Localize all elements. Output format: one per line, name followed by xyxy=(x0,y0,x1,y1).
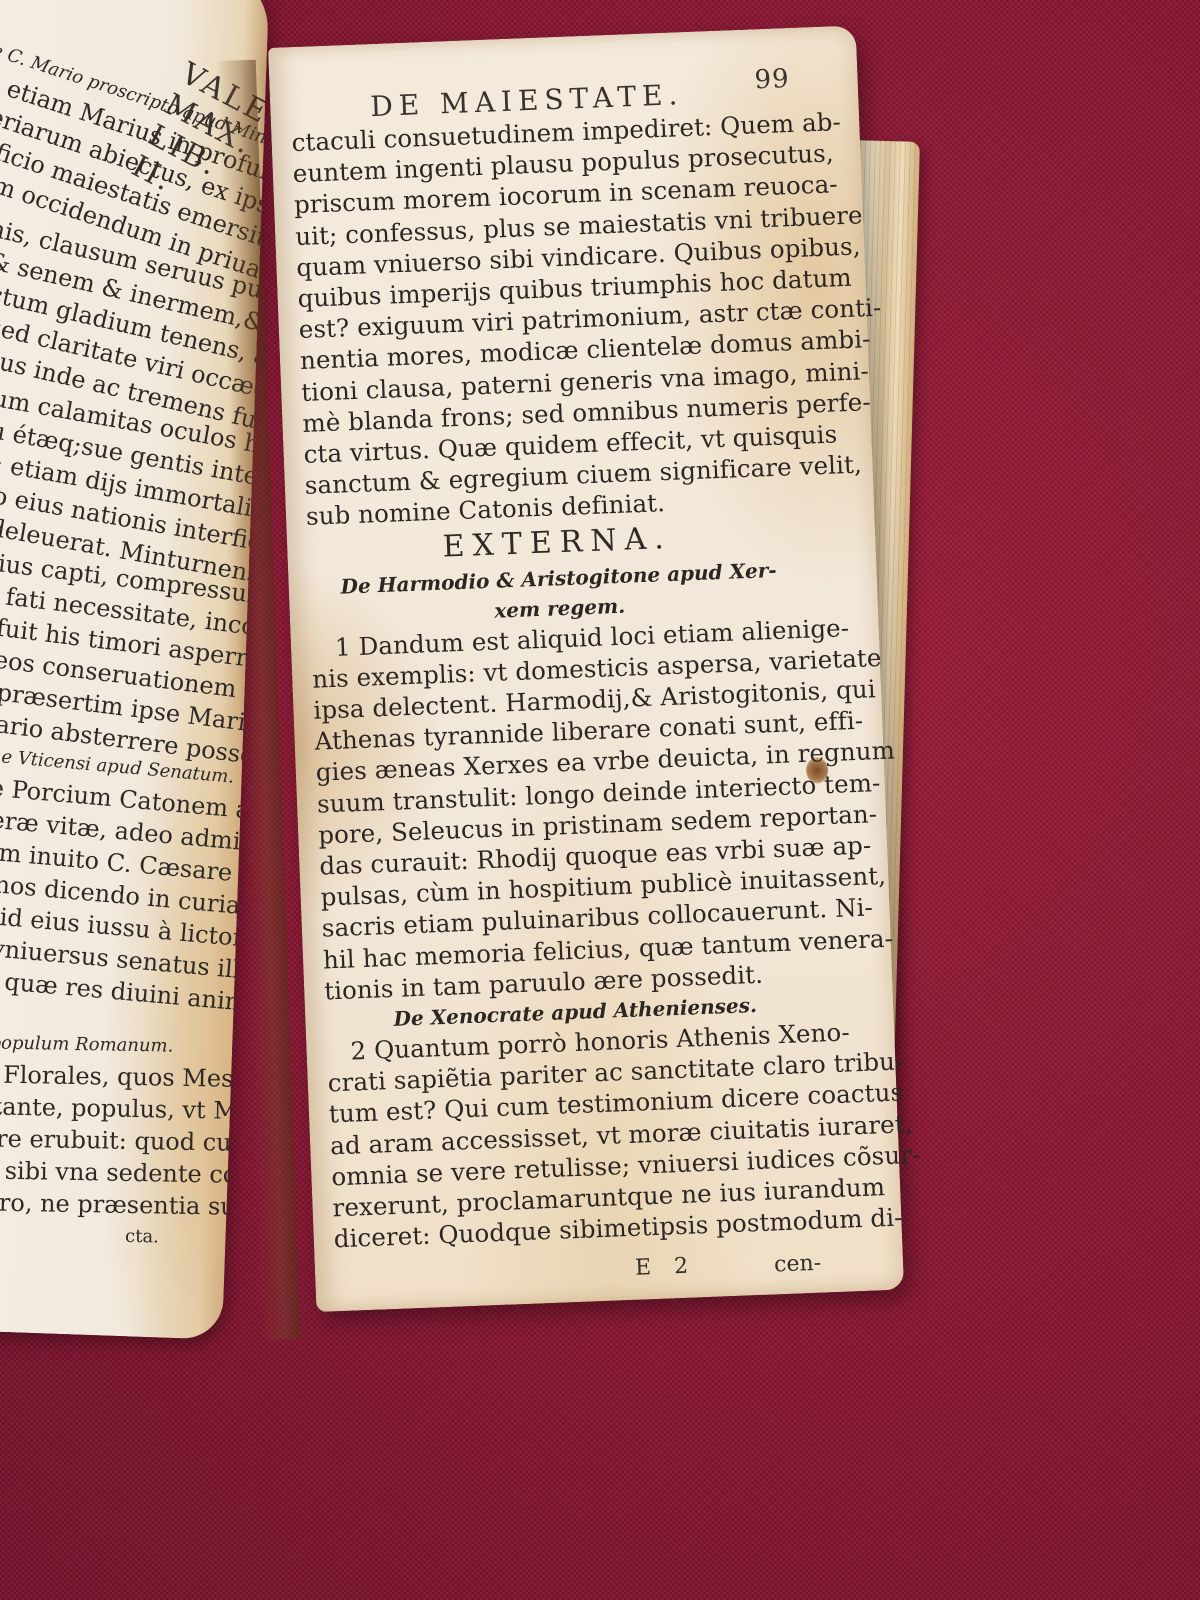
photo-scene: VALER. MAX. LIB. II. De C. Mario proscri… xyxy=(0,0,1200,1600)
right-page: DE MAIESTATE. 99 ctaculi consuetudinem i… xyxy=(268,25,904,1312)
signature-mark: E 2 xyxy=(635,1253,697,1280)
left-line: Timo sibi vna sedente cogno xyxy=(0,1154,256,1192)
page-number: 99 xyxy=(754,64,790,95)
left-line: spectante, populus, vt Mima xyxy=(0,1090,258,1128)
left-page: VALER. MAX. LIB. II. De C. Mario proscri… xyxy=(0,0,270,1340)
left-section-heading-populum: apud populum Romanum. xyxy=(0,1028,259,1064)
catchword: cen- xyxy=(774,1250,822,1277)
left-line: udos Florales, quos Messius xyxy=(0,1058,258,1096)
left-line: stuiare erubuit: quod cum ex xyxy=(0,1122,257,1160)
left-line: theatro, ne præsentia sua spe xyxy=(0,1186,256,1224)
left-line: cta. xyxy=(0,1218,255,1256)
